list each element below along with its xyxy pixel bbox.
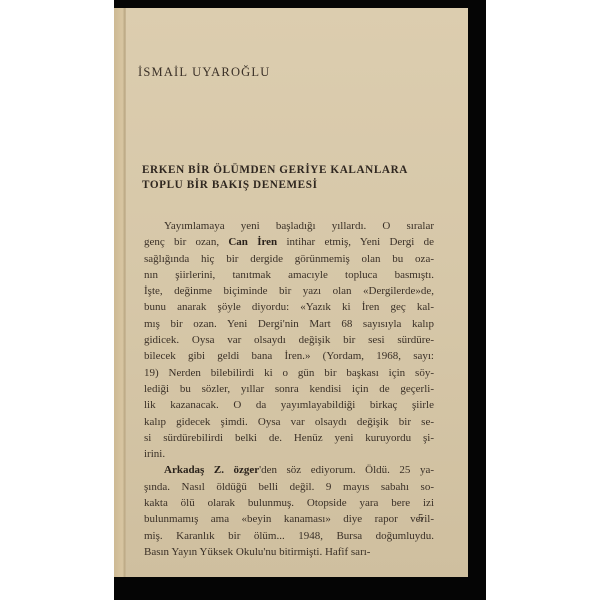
chapter-title: ERKEN BİR ÖLÜMDEN GERİYE KALANLARA TOPLU… (142, 163, 442, 192)
paragraph-2: Arkadaş Z. özger'den söz ediyorum. Öldü.… (144, 462, 434, 560)
text-line: bunu anarak şöyle diyordu: «Yazık ki İre… (144, 299, 434, 315)
text-line: İşte, değinme biçiminde bir yazı olan «D… (144, 283, 434, 299)
bold-name: Can İren (228, 236, 277, 248)
bold-name: Arkadaş Z. özger (164, 464, 259, 476)
text-line: lik kazanacak. O da yayımlayabildiği bir… (144, 397, 434, 413)
text-line: kalıp gidecek şimdi. Oysa var olsaydı de… (144, 414, 434, 430)
chapter-title-line: ERKEN BİR ÖLÜMDEN GERİYE KALANLARA (142, 163, 442, 178)
text-line: genç bir ozan, Can İren intihar etmiş, Y… (144, 234, 434, 250)
text-line: miş. Karanlık bir ölüm... 1948, Bursa do… (144, 528, 434, 544)
text-line: nın şiirlerini, tanıtmak amacıyle topluc… (144, 267, 434, 283)
text-line: mış bir ozan. Yeni Dergi'nin Mart 68 say… (144, 316, 434, 332)
book-page: İSMAİL UYAROĞLU ERKEN BİR ÖLÜMDEN GERİYE… (114, 8, 468, 577)
text-line: kakta ölü olarak bulunmuş. Otopside yara… (144, 495, 434, 511)
text-line: si sürdürebilirdi belki de. Henüz yeni k… (144, 430, 434, 446)
body-text: Yayımlamaya yeni başladığı yıllardı. O s… (144, 218, 434, 560)
text-line: gidicek. Oysa var olsaydı değişik bir se… (144, 332, 434, 348)
text-line: bulunmamış ama «beyin kanaması» diye rap… (144, 511, 434, 527)
text-line: irini. (144, 446, 434, 462)
paragraph-1: Yayımlamaya yeni başladığı yıllardı. O s… (144, 218, 434, 462)
running-header-author: İSMAİL UYAROĞLU (138, 65, 270, 80)
text-line: bilecek gibi geldi bana İren.» (Yordam, … (144, 348, 434, 364)
chapter-title-line: TOPLU BİR BAKIŞ DENEMESİ (142, 178, 442, 193)
text-line: şında. Nasıl öldüğü belli değil. 9 mayıs… (144, 479, 434, 495)
text-line: Basın Yayın Yüksek Okulu'nu bitirmişti. … (144, 544, 434, 560)
text-line: Arkadaş Z. özger'den söz ediyorum. Öldü.… (144, 462, 434, 478)
text-line: lediği bu sözler, yıllar sonra kendisi i… (144, 381, 434, 397)
text-line: 19) Nerden bilebilirdi ki o gün bir başk… (144, 365, 434, 381)
text-line: sağlığında hiç bir dergide görünmemiş ol… (144, 251, 434, 267)
text-line: Yayımlamaya yeni başladığı yıllardı. O s… (144, 218, 434, 234)
page-number: 5 (418, 512, 424, 524)
page-spine-edge (114, 8, 126, 577)
